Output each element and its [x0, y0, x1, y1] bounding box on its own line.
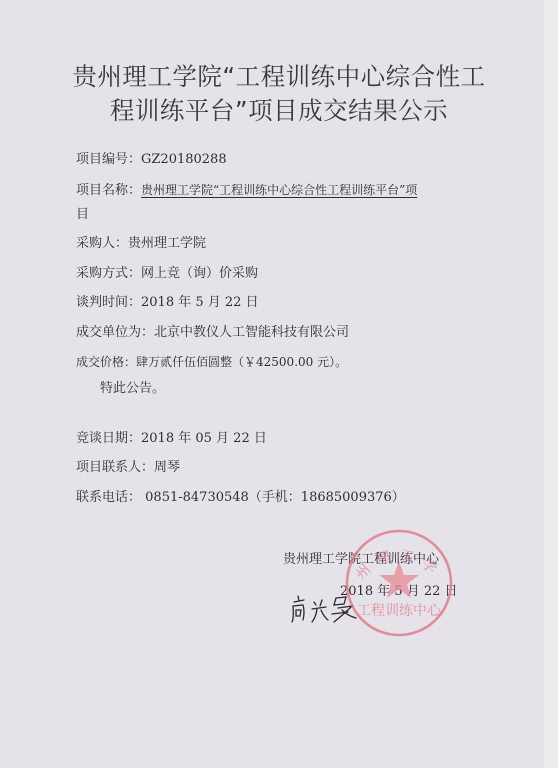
project-name-value: 贵州理工学院“工程训练中心综合性工程训练平台”项 — [141, 183, 417, 197]
signature-organization: 贵州理工学院工程训练中心 — [283, 548, 439, 567]
deal-price-label: 成交价格： — [76, 355, 136, 369]
project-number-row: 项目编号：GZ20180288 — [76, 151, 227, 169]
deal-price-value: 肆万贰仟伍佰圆整（￥42500.00 元）。 — [136, 355, 347, 369]
project-name-row: 项目名称：贵州理工学院“工程训练中心综合性工程训练平台”项 — [76, 181, 417, 200]
project-name-wrap-row: 目 — [76, 206, 89, 224]
contact-phone-label: 联系电话： — [76, 490, 141, 505]
contact-person-row: 项目联系人：周琴 — [76, 459, 180, 477]
project-number-label: 项目编号： — [76, 152, 141, 167]
project-number-value: GZ20180288 — [141, 152, 227, 167]
negotiation-date-label: 竞谈日期： — [76, 431, 141, 446]
contact-phone-row: 联系电话： 0851-84730548（手机：18685009376） — [76, 489, 405, 507]
negotiation-time-label: 谈判时间： — [76, 295, 141, 310]
negotiation-time-value: 2018 年 5 月 22 日 — [141, 295, 259, 310]
winning-bidder-label: 成交单位为： — [76, 325, 154, 340]
purchaser-label: 采购人： — [76, 236, 128, 251]
purchaser-value: 贵州理工学院 — [128, 236, 206, 251]
negotiation-time-row: 谈判时间：2018 年 5 月 22 日 — [76, 294, 259, 312]
purchaser-row: 采购人：贵州理工学院 — [76, 235, 206, 253]
negotiation-date-row: 竞谈日期：2018 年 05 月 22 日 — [76, 430, 267, 448]
purchase-method-value: 网上竞（询）价采购 — [141, 266, 258, 281]
contact-phone-value: 0851-84730548（手机：18685009376） — [145, 490, 405, 505]
stamp-bottom-text: 工程训练中心 — [357, 602, 442, 619]
project-name-label: 项目名称： — [76, 183, 141, 198]
title-line-2: 程训练平台”项目成交结果公示 — [0, 94, 558, 128]
contact-person-value: 周琴 — [154, 460, 180, 475]
notice-text: 特此公告。 — [100, 381, 165, 396]
deal-price-row: 成交价格：肆万贰仟伍佰圆整（￥42500.00 元）。 — [76, 353, 347, 371]
negotiation-date-value: 2018 年 05 月 22 日 — [141, 431, 267, 446]
notice-row: 特此公告。 — [100, 380, 165, 398]
document-title: 贵州理工学院“工程训练中心综合性工 程训练平台”项目成交结果公示 — [0, 60, 558, 128]
winning-bidder-value: 北京中教仪人工智能科技有限公司 — [154, 325, 349, 340]
title-line-1: 贵州理工学院“工程训练中心综合性工 — [0, 60, 558, 94]
purchase-method-row: 采购方式：网上竞（询）价采购 — [76, 265, 258, 283]
handwritten-signature — [288, 592, 360, 626]
contact-person-label: 项目联系人： — [76, 460, 154, 475]
project-name-value-wrap: 目 — [76, 207, 89, 222]
winning-bidder-row: 成交单位为：北京中教仪人工智能科技有限公司 — [76, 324, 349, 342]
purchase-method-label: 采购方式： — [76, 266, 141, 281]
